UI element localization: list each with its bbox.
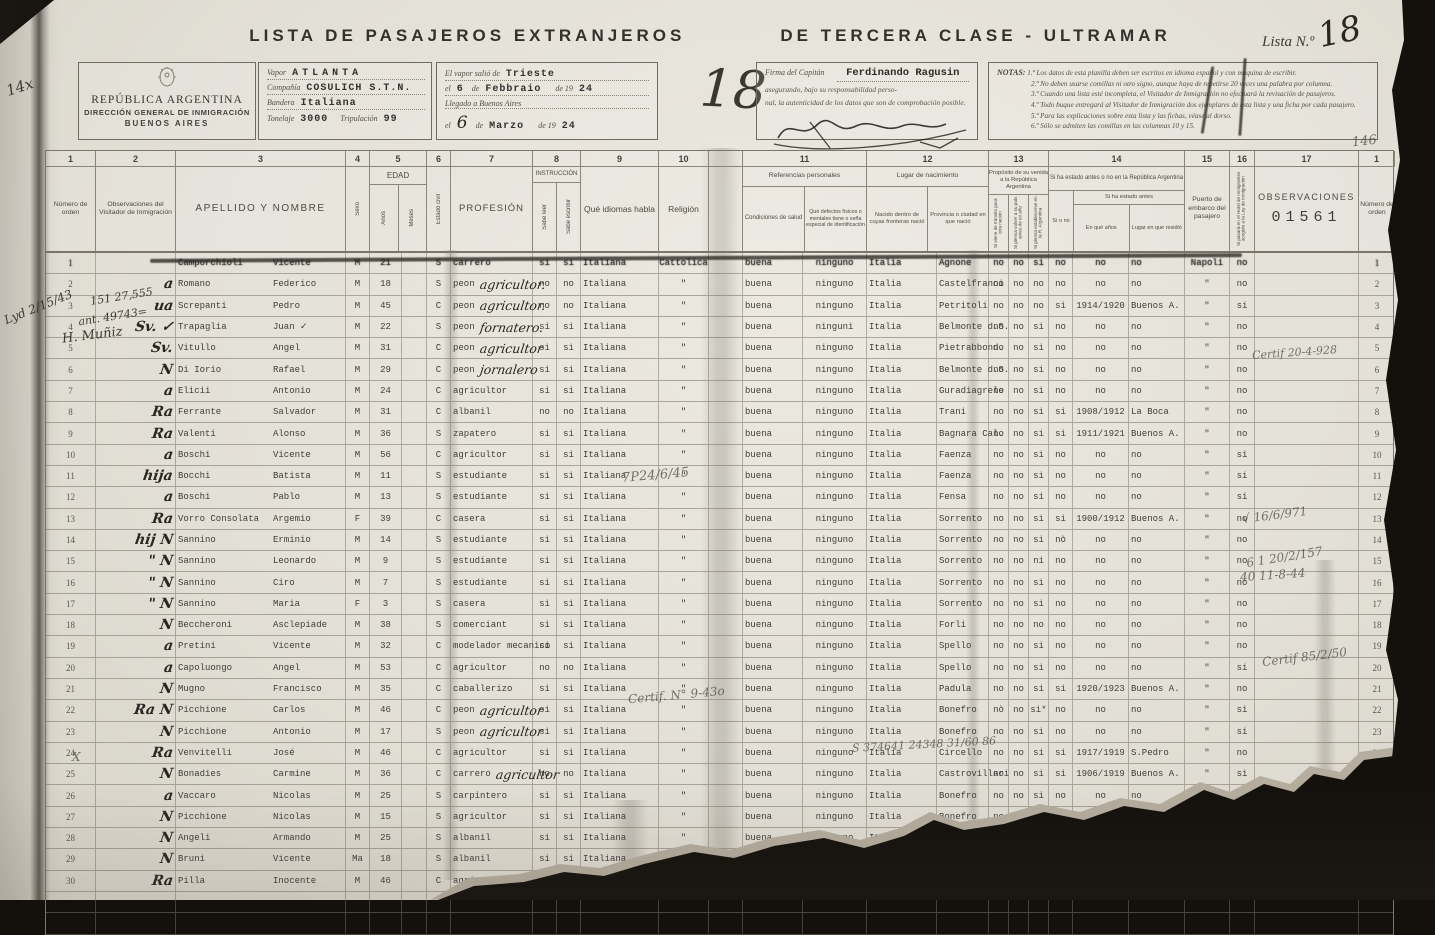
- birth-province: Sorrento: [937, 551, 989, 571]
- civil-status: S: [427, 487, 451, 507]
- given-name: Angel: [271, 338, 346, 358]
- birth-country: Italia: [867, 487, 937, 507]
- order-number-right: 16: [1359, 572, 1395, 592]
- language: Italiana: [581, 594, 659, 614]
- order-number-right: 22: [1359, 700, 1395, 720]
- passenger-row-21: 21NMugnoFranciscoM35CcaballerizosisiItal…: [46, 679, 1393, 700]
- defects: ninguno: [803, 700, 867, 720]
- age-months: [402, 402, 427, 422]
- colnum-gap: [709, 151, 743, 167]
- defects: ninguno: [803, 445, 867, 465]
- given-name: Erminio: [271, 530, 346, 550]
- stamp-number: 01561: [1271, 209, 1341, 226]
- purpose-3: si*: [1029, 700, 1049, 720]
- can-read: si: [533, 572, 557, 592]
- health: buena: [743, 338, 803, 358]
- gap-column: [709, 551, 743, 571]
- language: Italiana: [581, 722, 659, 742]
- header-instruccion: INSTRUCCIÓN Sabe leerSabe escribir: [533, 167, 581, 251]
- age-years: 9: [370, 551, 402, 571]
- place-resided: no: [1129, 615, 1185, 635]
- birth-country: Italia: [867, 594, 937, 614]
- purpose-2: no: [1009, 636, 1029, 656]
- visitor-mark: a: [96, 785, 176, 805]
- colnum-2: 2: [96, 151, 176, 167]
- can-write: no: [557, 296, 581, 316]
- language: Italiana: [581, 807, 659, 827]
- given-name: Salvador: [271, 402, 346, 422]
- header-numero-orden: Número de orden: [46, 167, 96, 251]
- sex: F: [346, 594, 370, 614]
- birth-country: Italia: [867, 359, 937, 379]
- age-months: [402, 445, 427, 465]
- order-number: 20: [46, 658, 96, 678]
- health: buena: [743, 743, 803, 763]
- years-resided: no: [1073, 572, 1129, 592]
- gap-column: [709, 572, 743, 592]
- gap-column: [709, 807, 743, 827]
- colnum-18: 1: [1359, 151, 1395, 167]
- age-months: [402, 764, 427, 784]
- health: buena: [743, 487, 803, 507]
- lista-number-label: Lista N.º: [1262, 34, 1314, 51]
- age-years: 39: [370, 509, 402, 529]
- civil-status: C: [427, 658, 451, 678]
- hotel-flag: no: [1230, 530, 1255, 550]
- civil-status: C: [427, 764, 451, 784]
- visitor-mark: Sv.: [96, 338, 176, 358]
- place-resided: no: [1129, 381, 1185, 401]
- birth-province: Belmonte d.S.: [937, 317, 989, 337]
- can-write: si: [557, 743, 581, 763]
- passenger-row-13: 13RaVorro ConsolataArgemioF39Ccaserasisi…: [46, 509, 1393, 530]
- been-before: no: [1049, 445, 1073, 465]
- order-number: 26: [46, 785, 96, 805]
- birth-province: Bagnara Cal.: [937, 423, 989, 443]
- observations: [1255, 509, 1359, 529]
- bandera-value: Italiana: [301, 98, 357, 109]
- health: buena: [743, 274, 803, 294]
- can-read: si: [533, 615, 557, 635]
- passenger-row-7: 7aEliciiAntonioM24CagricultorsisiItalian…: [46, 381, 1393, 402]
- embark-port: ": [1185, 615, 1230, 635]
- purpose-2: no: [1009, 722, 1029, 742]
- tripulacion-label: Tripulación: [340, 114, 377, 123]
- purpose-1: no: [989, 402, 1009, 422]
- birth-country: Italia: [867, 381, 937, 401]
- hotel-flag: si: [1230, 487, 1255, 507]
- gap-column: [709, 317, 743, 337]
- can-write: no: [557, 764, 581, 784]
- birth-country: Italia: [867, 509, 937, 529]
- been-before: si: [1049, 764, 1073, 784]
- birth-country: Italia: [867, 743, 937, 763]
- hotel-flag: no: [1230, 551, 1255, 571]
- health: buena: [743, 807, 803, 827]
- age-months: [402, 615, 427, 635]
- can-read: si: [533, 807, 557, 827]
- purpose-2: no: [1009, 423, 1029, 443]
- given-name: Vicente: [271, 253, 346, 273]
- civil-status: S: [427, 785, 451, 805]
- can-write: si: [557, 700, 581, 720]
- birth-country: Italia: [867, 572, 937, 592]
- age-months: [402, 487, 427, 507]
- defects: ninguno: [803, 572, 867, 592]
- nota-1: 1.ª Los datos de esta planilla deben ser…: [1027, 69, 1296, 77]
- tripulacion-value: 99: [384, 114, 398, 125]
- language: Italiana: [581, 530, 659, 550]
- observations: [1255, 679, 1359, 699]
- sex: Ma: [346, 849, 370, 869]
- religion: ": [659, 530, 709, 550]
- nota-4: 4.ª Todo buque entregará al Visitador de…: [997, 100, 1371, 111]
- hotel-flag: no: [1230, 423, 1255, 443]
- gap-column: [709, 487, 743, 507]
- header-apellido-nombre: APELLIDO Y NOMBRE: [176, 167, 346, 251]
- order-number: 5: [46, 338, 96, 358]
- birth-country: Italia: [867, 296, 937, 316]
- colnum-4: 4: [346, 151, 370, 167]
- age-years: 45: [370, 296, 402, 316]
- birth-province: Castrovillari: [937, 764, 989, 784]
- birth-province: Faenza: [937, 466, 989, 486]
- years-resided: 1908/1912: [1073, 402, 1129, 422]
- order-number: 25: [46, 764, 96, 784]
- sex: M: [346, 317, 370, 337]
- defects: ninguno: [803, 402, 867, 422]
- birth-province: Castelfranci: [937, 274, 989, 294]
- surname: Bruni: [176, 849, 271, 869]
- age-years: 11: [370, 466, 402, 486]
- order-number: 3: [46, 296, 96, 316]
- colnum-8: 8: [533, 151, 581, 167]
- been-before: no: [1049, 466, 1073, 486]
- visitor-mark: a: [96, 658, 176, 678]
- religion: ": [659, 381, 709, 401]
- civil-status: C: [427, 743, 451, 763]
- can-read: si: [533, 785, 557, 805]
- language: Italiana: [581, 402, 659, 422]
- defects: ninguno: [803, 296, 867, 316]
- gap-column: [709, 828, 743, 848]
- captain-signature: [770, 108, 970, 150]
- profession: estudiante: [451, 530, 533, 550]
- profession: modelador mecanico: [451, 636, 533, 656]
- birth-country: Italia: [867, 615, 937, 635]
- purpose-1: no: [989, 679, 1009, 699]
- birth-country: Italia: [867, 317, 937, 337]
- been-before: no: [1049, 722, 1073, 742]
- passenger-row-24: 24RaVenvitelliJoséM46CagricultorsisiItal…: [46, 743, 1393, 764]
- place-resided: no: [1129, 700, 1185, 720]
- birth-province: Sorrento: [937, 530, 989, 550]
- header-edad: EDAD AñosMeses: [370, 167, 427, 251]
- age-months: [402, 530, 427, 550]
- sex: M: [346, 402, 370, 422]
- gap-column: [709, 423, 743, 443]
- birth-country: Italia: [867, 445, 937, 465]
- visitor-mark: N: [96, 764, 176, 784]
- tonelaje-label: Tonelaje: [267, 114, 294, 123]
- years-resided: 1920/1923: [1073, 679, 1129, 699]
- place-resided: no: [1129, 551, 1185, 571]
- surname: Boschi: [176, 487, 271, 507]
- place-resided: no: [1129, 466, 1185, 486]
- purpose-1: no: [989, 359, 1009, 379]
- colnum-6: 6: [427, 151, 451, 167]
- religion: ": [659, 487, 709, 507]
- health: buena: [743, 423, 803, 443]
- surname: Sannino: [176, 572, 271, 592]
- embark-port: ": [1185, 764, 1230, 784]
- sex: M: [346, 764, 370, 784]
- visitor-mark: N: [96, 807, 176, 827]
- embark-port: ": [1185, 700, 1230, 720]
- health: buena: [743, 636, 803, 656]
- purpose-3: si: [1029, 594, 1049, 614]
- header-estado-antes: Si ha estado antes o no en la República …: [1049, 167, 1185, 251]
- header-referencias: Referencias personales Condiciones de sa…: [743, 167, 867, 251]
- years-resided: 1900/1912: [1073, 509, 1129, 529]
- language: Italiana: [581, 274, 659, 294]
- place-resided: no: [1129, 317, 1185, 337]
- surname: Beccheroni: [176, 615, 271, 635]
- place-resided: La Boca: [1129, 402, 1185, 422]
- given-name: Vicente: [271, 849, 346, 869]
- purpose-1: nò: [989, 700, 1009, 720]
- surname: Bonadies: [176, 764, 271, 784]
- birth-country: Italia: [867, 764, 937, 784]
- purpose-1: no: [989, 722, 1009, 742]
- place-resided: no: [1129, 274, 1185, 294]
- observations: [1255, 551, 1359, 571]
- purpose-3: si: [1029, 636, 1049, 656]
- agency-city: BUENOS AIRES: [79, 119, 255, 128]
- purpose-2: no: [1009, 785, 1029, 805]
- years-resided: no: [1073, 487, 1129, 507]
- hotel-flag: no: [1230, 317, 1255, 337]
- arrived-day-handwritten: 6: [457, 113, 468, 133]
- hotel-flag: si: [1230, 700, 1255, 720]
- observations: [1255, 274, 1359, 294]
- passenger-row-10: 10aBoschiVicenteM56CagricultorsisiItalia…: [46, 445, 1393, 466]
- can-write: si: [557, 445, 581, 465]
- purpose-3: si: [1029, 722, 1049, 742]
- observations: [1255, 487, 1359, 507]
- years-resided: no: [1073, 551, 1129, 571]
- captain-name: Ferdinando Ragusin: [837, 67, 969, 82]
- age-years: 31: [370, 402, 402, 422]
- been-before: si: [1049, 743, 1073, 763]
- sex: M: [346, 274, 370, 294]
- visitor-mark: Ra: [96, 743, 176, 763]
- defects: ninguno: [803, 274, 867, 294]
- gap-column: [709, 722, 743, 742]
- surname: Pilla: [176, 871, 271, 891]
- birth-country: Italia: [867, 530, 937, 550]
- header-gap: [709, 167, 743, 251]
- header-observaciones: OBSERVACIONES01561: [1255, 167, 1359, 251]
- given-name: Inocente: [271, 871, 346, 891]
- age-months: [402, 658, 427, 678]
- religion: ": [659, 785, 709, 805]
- given-name: Pedro: [271, 296, 346, 316]
- header-religion: Religión: [659, 167, 709, 251]
- can-write: si: [557, 359, 581, 379]
- profession: estudiante: [451, 487, 533, 507]
- surname: Angeli: [176, 828, 271, 848]
- observations: [1255, 743, 1359, 763]
- age-months: [402, 381, 427, 401]
- header-proposito: Propósito de su venida a la República Ar…: [989, 167, 1049, 251]
- defects: ninguno: [803, 594, 867, 614]
- language: Italiana: [581, 317, 659, 337]
- language: Italiana: [581, 466, 659, 486]
- visitor-mark: Ra: [96, 509, 176, 529]
- age-months: [402, 828, 427, 848]
- scanned-passenger-list: LISTA DE PASAJEROS EXTRANJEROS DE TERCER…: [0, 0, 1435, 900]
- captain-line2: asegurando, bajo su responsabilidad pers…: [765, 85, 969, 95]
- observations: [1255, 402, 1359, 422]
- religion: ": [659, 658, 709, 678]
- defects: ninguno: [803, 785, 867, 805]
- profession: casera: [451, 594, 533, 614]
- been-before: no: [1049, 274, 1073, 294]
- purpose-3: si: [1029, 359, 1049, 379]
- birth-country: Italia: [867, 636, 937, 656]
- given-name: Batista: [271, 466, 346, 486]
- embark-port: ": [1185, 551, 1230, 571]
- language: Italiana: [581, 551, 659, 571]
- civil-status: S: [427, 466, 451, 486]
- can-write: si: [557, 509, 581, 529]
- purpose-1: no: [989, 658, 1009, 678]
- given-name: Maria: [271, 594, 346, 614]
- age-months: [402, 317, 427, 337]
- header-profesion: PROFESIÓN: [451, 167, 533, 251]
- order-number: 23: [46, 722, 96, 742]
- purpose-3: si: [1029, 381, 1049, 401]
- defects: ninguno: [803, 487, 867, 507]
- sex: M: [346, 700, 370, 720]
- purpose-2: no: [1009, 381, 1029, 401]
- language: Italiana: [581, 445, 659, 465]
- religion: ": [659, 466, 709, 486]
- embark-port: ": [1185, 722, 1230, 742]
- purpose-1: no: [989, 423, 1009, 443]
- order-number-right: 21: [1359, 679, 1395, 699]
- purpose-3: si: [1029, 423, 1049, 443]
- passenger-row-25: 25NBonadiesCarmineM36Ccarrero agricultor…: [46, 764, 1393, 785]
- place-resided: no: [1129, 658, 1185, 678]
- years-resided: no: [1073, 359, 1129, 379]
- arrived-month: Marzo: [489, 121, 524, 132]
- age-years: 14: [370, 530, 402, 550]
- order-number-right: 2: [1359, 274, 1395, 294]
- birth-country: Italia: [867, 402, 937, 422]
- purpose-2: no: [1009, 700, 1029, 720]
- purpose-1: no: [989, 743, 1009, 763]
- years-resided: no: [1073, 658, 1129, 678]
- visitor-mark: Ra N: [96, 700, 176, 720]
- birth-province: Fensa: [937, 487, 989, 507]
- age-years: 46: [370, 743, 402, 763]
- been-before: no: [1049, 636, 1073, 656]
- age-months: [402, 466, 427, 486]
- health: buena: [743, 317, 803, 337]
- years-resided: no: [1073, 317, 1129, 337]
- can-read: si: [533, 445, 557, 465]
- order-number: 4: [46, 317, 96, 337]
- can-write: si: [557, 572, 581, 592]
- purpose-3: si: [1029, 402, 1049, 422]
- years-resided: no: [1073, 338, 1129, 358]
- colnum-15: 15: [1185, 151, 1230, 167]
- sailed-day: 6: [457, 84, 464, 95]
- can-write: no: [557, 274, 581, 294]
- age-years: 17: [370, 722, 402, 742]
- place-resided: no: [1129, 722, 1185, 742]
- gap-column: [709, 594, 743, 614]
- years-resided: 1917/1919: [1073, 743, 1129, 763]
- purpose-2: no: [1009, 402, 1029, 422]
- order-number: 27: [46, 807, 96, 827]
- years-resided: no: [1073, 466, 1129, 486]
- profession: caballerizo: [451, 679, 533, 699]
- religion: ": [659, 423, 709, 443]
- visitor-mark: [96, 253, 176, 273]
- compania-label: Compañía: [267, 83, 300, 92]
- order-number: 29: [46, 849, 96, 869]
- age-months: [402, 722, 427, 742]
- can-read: si: [533, 679, 557, 699]
- hotel-flag: si: [1230, 466, 1255, 486]
- purpose-3: no: [1029, 296, 1049, 316]
- gap-column: [709, 381, 743, 401]
- gap-column: [709, 402, 743, 422]
- order-number: 21: [46, 679, 96, 699]
- purpose-2: no: [1009, 679, 1029, 699]
- gap-column: [709, 615, 743, 635]
- embark-port: ": [1185, 636, 1230, 656]
- surname: Elicii: [176, 381, 271, 401]
- place-resided: Buenos A.: [1129, 509, 1185, 529]
- surname: Trapaglia: [176, 317, 271, 337]
- age-years: 22: [370, 317, 402, 337]
- civil-status: S: [427, 572, 451, 592]
- can-read: si: [533, 828, 557, 848]
- years-resided: no: [1073, 636, 1129, 656]
- purpose-3: si: [1029, 785, 1049, 805]
- age-months: [402, 594, 427, 614]
- religion: ": [659, 594, 709, 614]
- civil-status: S: [427, 253, 451, 273]
- civil-status: C: [427, 871, 451, 891]
- hotel-flag: no: [1230, 572, 1255, 592]
- observations: [1255, 423, 1359, 443]
- religion: ": [659, 402, 709, 422]
- purpose-2: no: [1009, 338, 1029, 358]
- religion: ": [659, 509, 709, 529]
- age-months: [402, 849, 427, 869]
- been-before: no: [1049, 572, 1073, 592]
- civil-status: S: [427, 274, 451, 294]
- agency-office: DIRECCIÓN GENERAL DE INMIGRACIÓN: [79, 108, 255, 117]
- birth-province: Belmonte d.S.: [937, 359, 989, 379]
- surname: Mugno: [176, 679, 271, 699]
- been-before: no: [1049, 487, 1073, 507]
